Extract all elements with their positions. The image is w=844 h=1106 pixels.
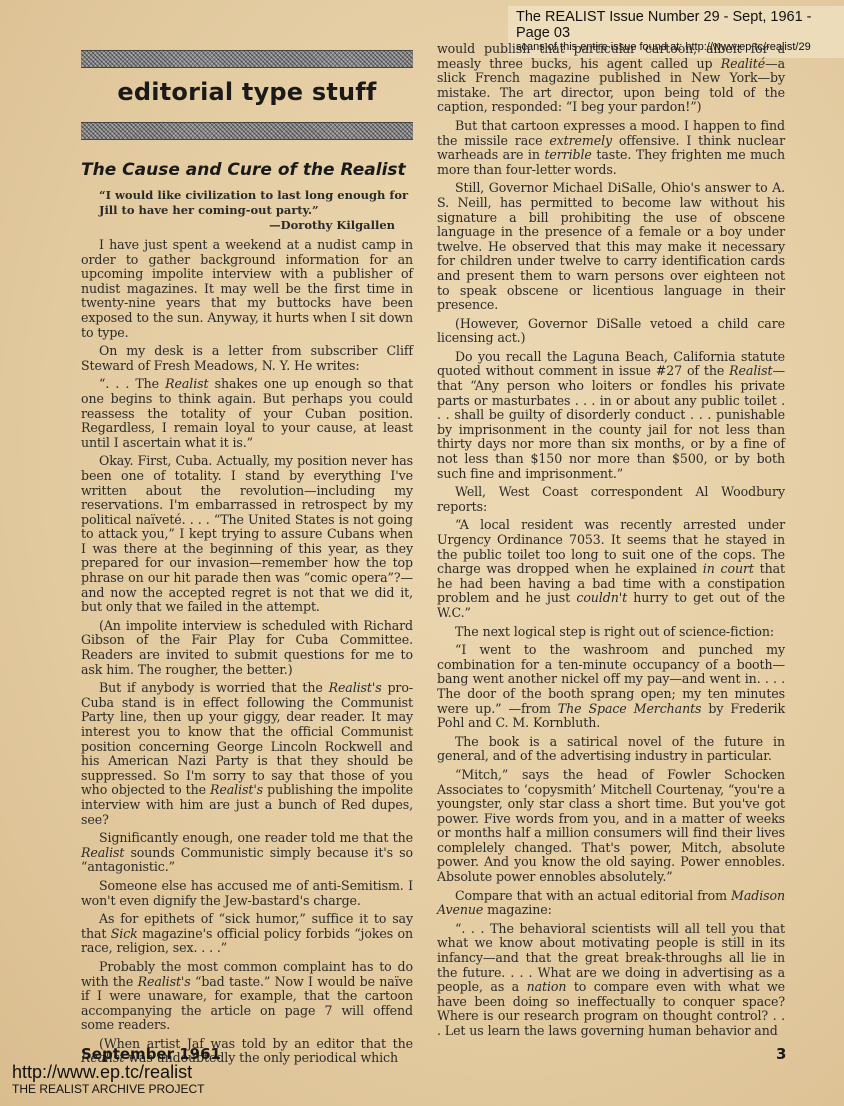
- paragraph: Someone else has accused me of anti-Semi…: [81, 879, 413, 908]
- paragraph: Compare that with an actual editorial fr…: [437, 889, 785, 918]
- paragraph: Probably the most common complaint has t…: [81, 960, 413, 1033]
- paragraph: “. . . The behavioral scientists will al…: [437, 922, 785, 1039]
- paragraph: “Mitch,” says the head of Fowler Schocke…: [437, 768, 785, 885]
- paragraph: Okay. First, Cuba. Actually, my position…: [81, 454, 413, 615]
- left-column: I have just spent a weekend at a nudist …: [81, 238, 413, 1070]
- paragraph: would publish that particular cartoon, a…: [437, 42, 785, 115]
- archive-project-name: THE REALIST ARCHIVE PROJECT: [12, 1082, 205, 1096]
- paragraph: But that cartoon expresses a mood. I hap…: [437, 119, 785, 177]
- archive-header-title: The REALIST Issue Number 29 - Sept, 1961…: [516, 9, 838, 41]
- paragraph: Still, Governor Michael DiSalle, Ohio's …: [437, 181, 785, 312]
- epigraph-attribution: —Dorothy Kilgallen: [81, 218, 413, 233]
- paragraph: The book is a satirical novel of the fut…: [437, 735, 785, 764]
- paragraph: As for epithets of “sick humor,” suffice…: [81, 912, 413, 956]
- paragraph: (However, Governor DiSalle vetoed a chil…: [437, 317, 785, 346]
- paragraph: The next logical step is right out of sc…: [437, 625, 785, 640]
- epigraph: “I would like civilization to last long …: [81, 188, 413, 233]
- paragraph: On my desk is a letter from subscriber C…: [81, 344, 413, 373]
- right-column: would publish that particular cartoon, a…: [437, 42, 785, 1043]
- paragraph: Well, West Coast correspondent Al Woodbu…: [437, 485, 785, 514]
- halftone-rule-top: [81, 50, 413, 68]
- paragraph: I have just spent a weekend at a nudist …: [81, 238, 413, 340]
- paragraph: “. . . The Realist shakes one up enough …: [81, 377, 413, 450]
- paragraph: Significantly enough, one reader told me…: [81, 831, 413, 875]
- paragraph: (An impolite interview is scheduled with…: [81, 619, 413, 677]
- paragraph: “A local resident was recently arrested …: [437, 518, 785, 620]
- archive-footer: http://www.ep.tc/realist THE REALIST ARC…: [12, 1062, 205, 1096]
- halftone-rule-bottom: [81, 122, 413, 140]
- archive-url[interactable]: http://www.ep.tc/realist: [12, 1062, 205, 1082]
- paragraph: “I went to the washroom and punched my c…: [437, 643, 785, 731]
- paragraph: But if anybody is worried that the Reali…: [81, 681, 413, 827]
- footer-date: September 1961: [81, 1045, 221, 1063]
- article-title: The Cause and Cure of the Realist: [81, 160, 406, 180]
- section-title: editorial type stuff: [81, 78, 413, 106]
- epigraph-quote: “I would like civilization to last long …: [81, 188, 413, 218]
- paragraph: Do you recall the Laguna Beach, Californ…: [437, 350, 785, 481]
- page-number: 3: [776, 1045, 786, 1063]
